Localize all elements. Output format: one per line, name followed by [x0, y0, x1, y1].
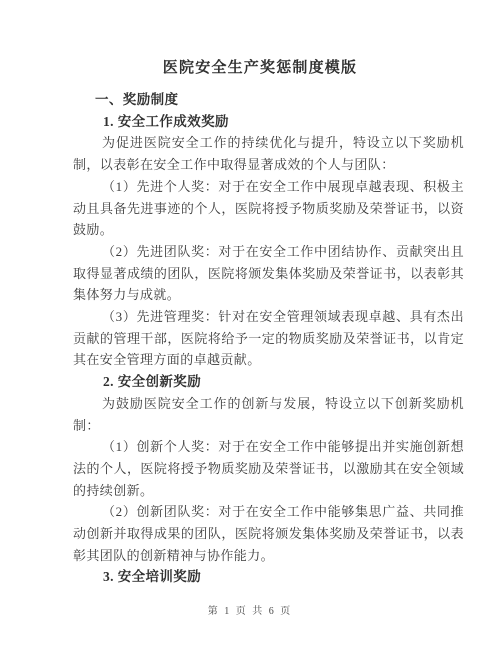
paragraph-advanced-individual-award: （1）先进个人奖：对于在安全工作中展现卓越表现、积极主动且具备先进事迹的个人，医…: [73, 176, 464, 241]
paragraph-innovation-team-award: （2）创新团队奖：对于在安全工作中能够集思广益、共同推动创新并取得成果的团队，医…: [73, 501, 464, 566]
section-heading-rewards: 一、奖励制度: [73, 89, 464, 111]
document-page: 医院安全生产奖惩制度模版 一、奖励制度 1. 安全工作成效奖励 为促进医院安全工…: [0, 0, 500, 647]
subsection-heading-training-reward: 3. 安全培训奖励: [73, 566, 464, 588]
paragraph-advanced-management-award: （3）先进管理奖：针对在安全管理领域表现卓越、具有杰出贡献的管理干部，医院将给予…: [73, 306, 464, 371]
document-title: 医院安全生产奖惩制度模版: [0, 0, 500, 79]
subsection-heading-work-effect-reward: 1. 安全工作成效奖励: [73, 111, 464, 133]
paragraph-advanced-team-award: （2）先进团队奖：对于在安全工作中团结协作、贡献突出且取得显著成绩的团队，医院将…: [73, 241, 464, 306]
paragraph-reward-intro: 为促进医院安全工作的持续优化与提升，特设立以下奖励机制，以表彰在安全工作中取得显…: [73, 132, 464, 175]
page-number: 第 1 页 共 6 页: [0, 602, 500, 617]
paragraph-innovation-intro: 为鼓励医院安全工作的创新与发展，特设立以下创新奖励机制：: [73, 393, 464, 436]
paragraph-innovation-individual-award: （1）创新个人奖：对于在安全工作中能够提出并实施创新想法的个人，医院将授予物质奖…: [73, 436, 464, 501]
subsection-heading-innovation-reward: 2. 安全创新奖励: [73, 371, 464, 393]
document-body: 一、奖励制度 1. 安全工作成效奖励 为促进医院安全工作的持续优化与提升，特设立…: [0, 79, 500, 588]
